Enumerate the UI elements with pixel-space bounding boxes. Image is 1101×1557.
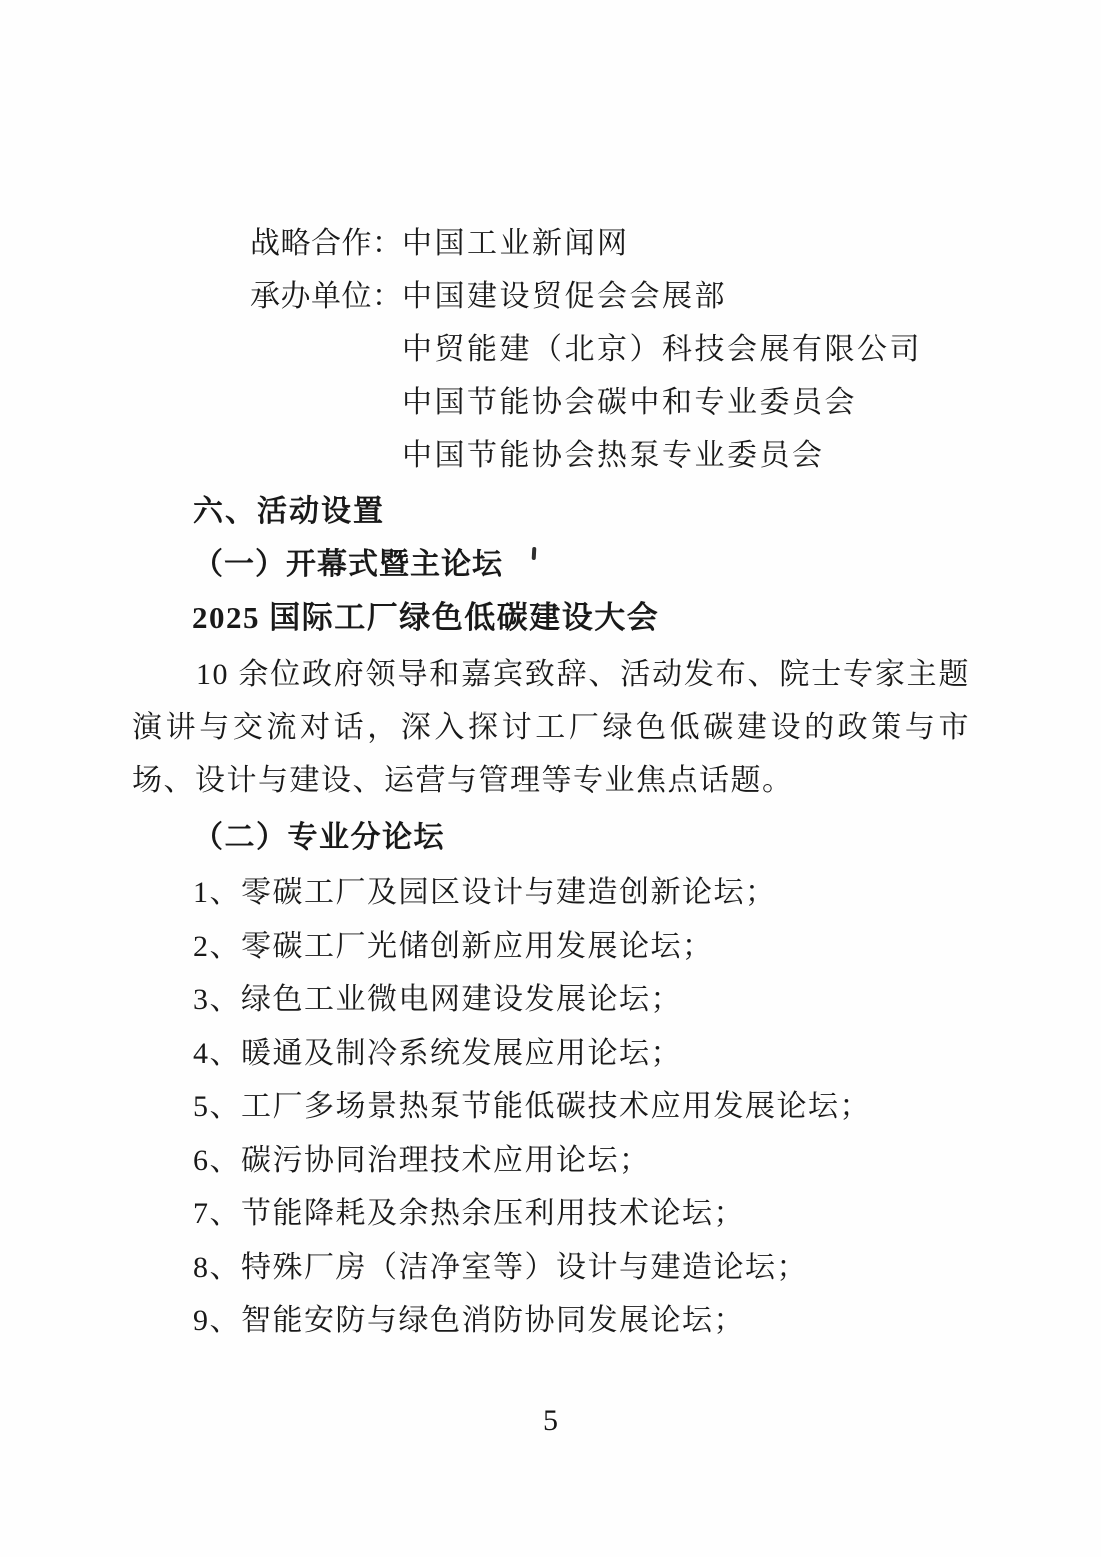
forum-item: 2、零碳工厂光储创新应用发展论坛； (132, 920, 970, 974)
intro-paragraph: 10 余位政府领导和嘉宾致辞、活动发布、院士专家主题演讲与交流对话，深入探讨工厂… (132, 648, 970, 807)
organizer-label (250, 323, 400, 376)
organizer-value: 中国节能协会热泵专业委员会 (402, 429, 825, 482)
document-page: 战略合作： 中国工业新闻网 承办单位： 中国建设贸促会会展部 中贸能建（北京）科… (0, 0, 1101, 1557)
organizer-row: 战略合作： 中国工业新闻网 (132, 217, 970, 270)
organizer-row: 中贸能建（北京）科技会展有限公司 (132, 323, 970, 376)
forum-item: 8、特殊厂房（洁净室等）设计与建造论坛； (132, 1241, 970, 1295)
event-title: 2025 国际工厂绿色低碳建设大会 (132, 591, 970, 644)
forum-item: 4、暖通及制冷系统发展应用论坛； (132, 1027, 970, 1081)
organizer-label: 承办单位： (250, 270, 400, 323)
forum-item: 5、工厂多场景热泵节能低碳技术应用发展论坛； (132, 1080, 970, 1134)
organizer-row: 中国节能协会碳中和专业委员会 (132, 376, 970, 429)
forum-item: 1、零碳工厂及园区设计与建造创新论坛； (132, 866, 970, 920)
forum-list: 1、零碳工厂及园区设计与建造创新论坛； 2、零碳工厂光储创新应用发展论坛； 3、… (132, 866, 970, 1348)
forum-item: 3、绿色工业微电网建设发展论坛； (132, 973, 970, 1027)
scan-artifact-tick-mark (532, 547, 537, 560)
forum-item: 6、碳污协同治理技术应用论坛； (132, 1134, 970, 1188)
forum-item: 9、智能安防与绿色消防协同发展论坛； (132, 1294, 970, 1348)
forum-item: 7、节能降耗及余热余压利用技术论坛； (132, 1187, 970, 1241)
organizer-value: 中国工业新闻网 (402, 217, 630, 270)
organizer-row: 中国节能协会热泵专业委员会 (132, 429, 970, 482)
organizer-label (250, 429, 400, 482)
organizer-value: 中国节能协会碳中和专业委员会 (402, 376, 857, 429)
page-number: 5 (543, 1394, 558, 1447)
organizer-row: 承办单位： 中国建设贸促会会展部 (132, 270, 970, 323)
organizer-block: 战略合作： 中国工业新闻网 承办单位： 中国建设贸促会会展部 中贸能建（北京）科… (132, 217, 970, 482)
organizer-value: 中贸能建（北京）科技会展有限公司 (402, 323, 922, 376)
organizer-label (250, 376, 400, 429)
subsection-heading-opening-forum: （一）开幕式暨主论坛 (132, 538, 970, 591)
page-content: 战略合作： 中国工业新闻网 承办单位： 中国建设贸促会会展部 中贸能建（北京）科… (132, 217, 970, 1348)
section-heading-activities: 六、活动设置 (132, 485, 970, 538)
subsection-heading-professional-forums: （二）专业分论坛 (132, 811, 970, 864)
organizer-value: 中国建设贸促会会展部 (402, 270, 727, 323)
organizer-label: 战略合作： (250, 217, 400, 270)
